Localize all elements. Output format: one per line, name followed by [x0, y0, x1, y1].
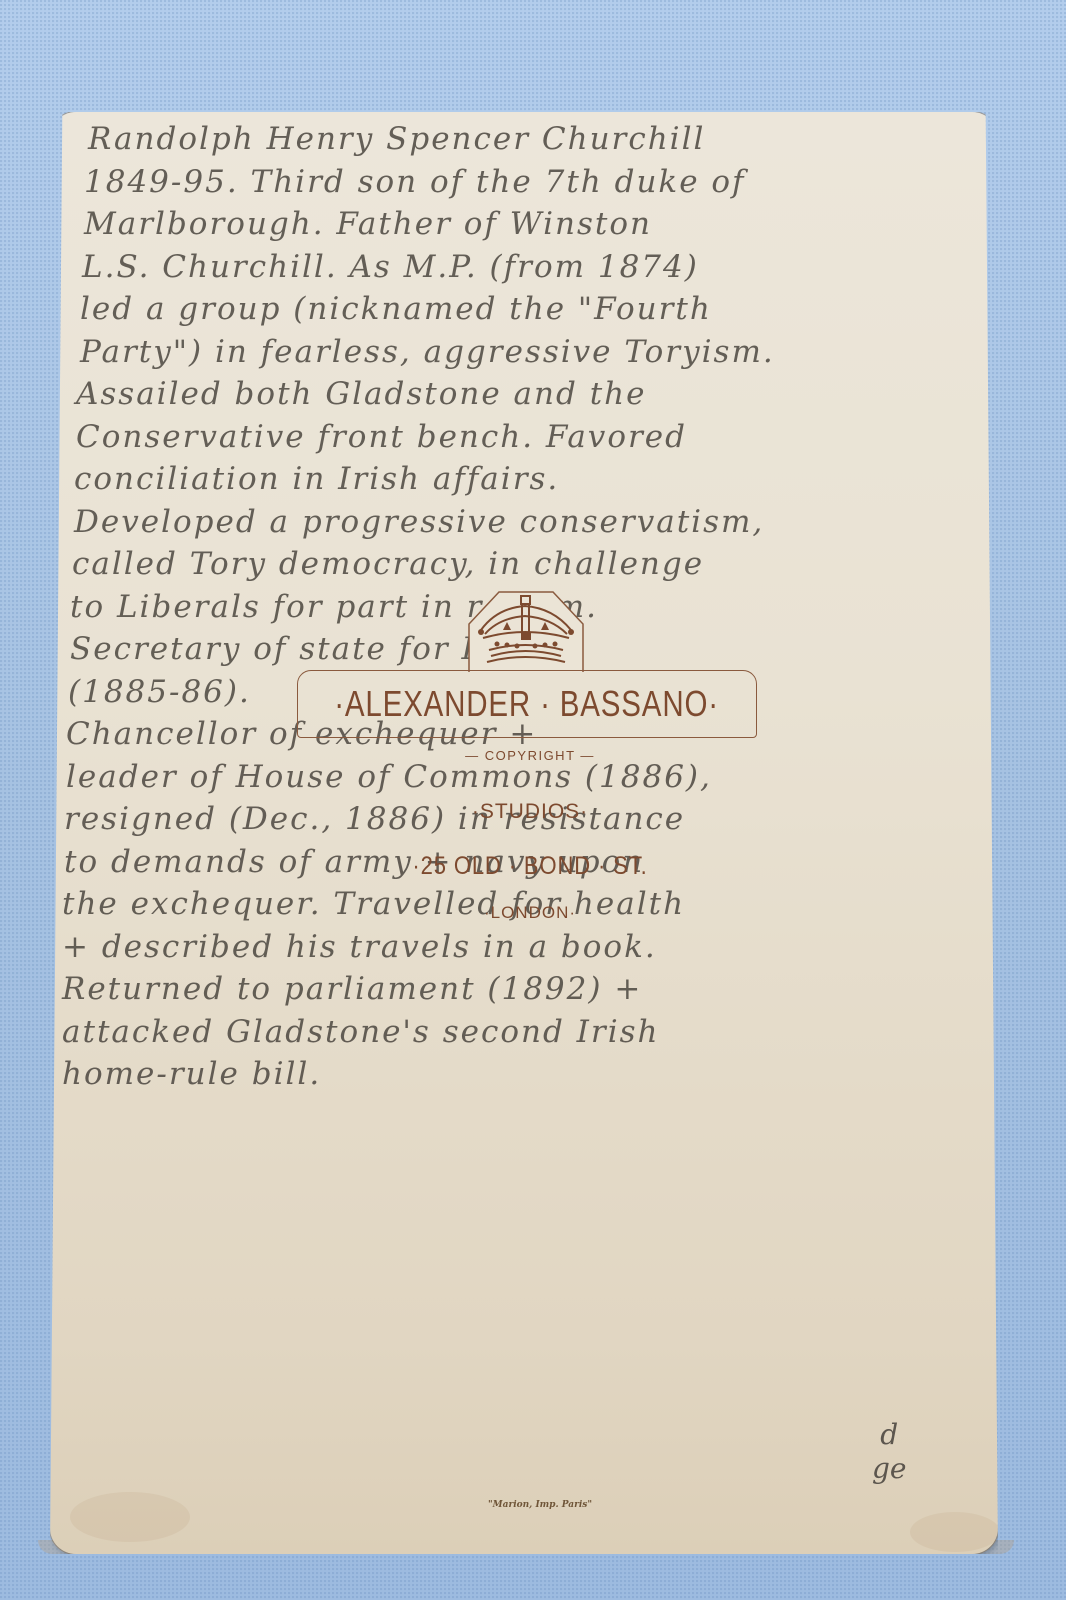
copyright-label: — COPYRIGHT —	[430, 748, 630, 763]
handwritten-line: Marlborough. Father of Winston	[84, 203, 1014, 246]
handwritten-line: home-rule bill.	[62, 1053, 992, 1096]
handwritten-line: Randolph Henry Spencer Churchill	[88, 118, 1018, 161]
handwritten-line: Assailed both Gladstone and the	[76, 373, 1006, 416]
handwritten-line: called Tory democracy, in challenge	[72, 543, 1002, 586]
studios-label: ·STUDIOS·	[430, 800, 630, 824]
handwritten-line: + described his travels in a book.	[62, 926, 992, 969]
corner-notation: d ge	[872, 1418, 907, 1486]
printer-mark: "Marion, Imp. Paris"	[460, 1500, 620, 1510]
handwritten-line: conciliation in Irish affairs.	[74, 458, 1004, 501]
handwritten-line: Conservative front bench. Favored	[76, 416, 1006, 459]
crown-icon	[467, 590, 585, 672]
notation-line: ge	[872, 1452, 907, 1486]
age-stain	[70, 1492, 190, 1542]
handwritten-line: Party") in fearless, aggressive Toryism.	[80, 331, 1010, 374]
handwritten-line: L.S. Churchill. As M.P. (from 1874)	[82, 246, 1012, 289]
handwritten-line: Developed a progressive conservatism,	[74, 501, 1004, 544]
handwritten-line: Returned to parliament (1892) +	[62, 968, 992, 1011]
age-stain	[910, 1512, 1000, 1552]
studio-address: ·25 OLD · BOND · ST.	[363, 852, 697, 881]
notation-line: d	[872, 1418, 907, 1452]
studio-name-plate: ·ALEXANDER · BASSANO·	[297, 670, 757, 738]
studio-city: ·LONDON·	[430, 903, 630, 923]
handwritten-line: led a group (nicknamed the "Fourth	[80, 288, 1010, 331]
handwritten-line: 1849-95. Third son of the 7th duke of	[84, 161, 1014, 204]
handwritten-line: attacked Gladstone's second Irish	[62, 1011, 992, 1054]
studio-name: ·ALEXANDER · BASSANO·	[335, 683, 720, 725]
